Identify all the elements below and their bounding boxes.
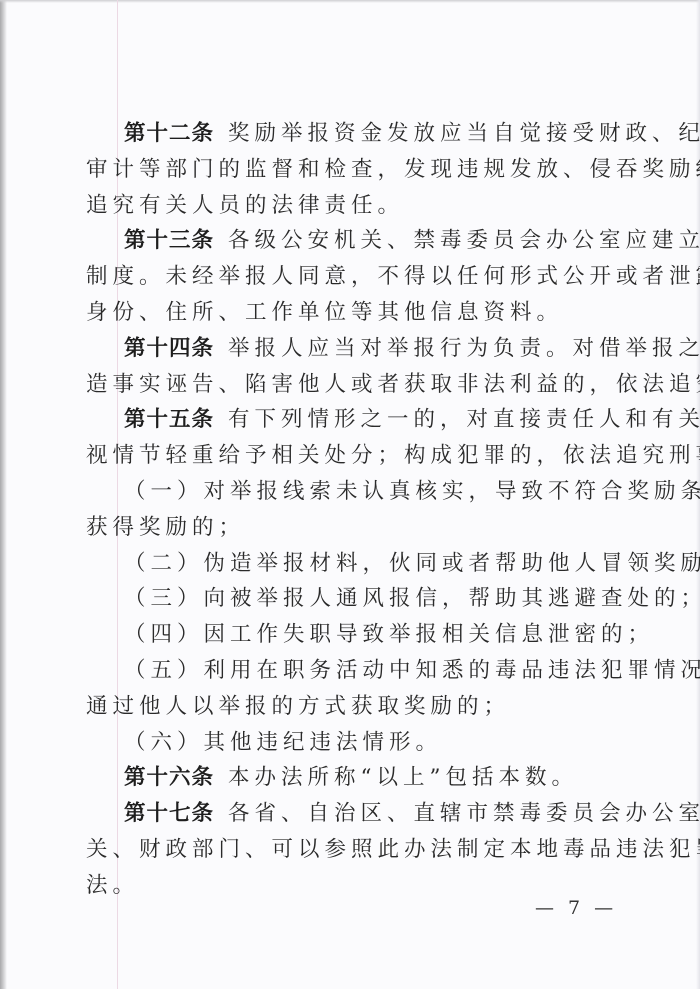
article-line: 制度。未经举报人同意，不得以任何形式公开或者泄露举报人姓名、 — [86, 259, 626, 295]
article-14: 第十四条举报人应当对举报行为负责。对借举报之名故意捏 造事实诬告、陷害他人或者获… — [86, 331, 626, 403]
list-item-line: （四）因工作失职导致举报相关信息泄密的； — [86, 617, 626, 653]
article-12: 第十二条奖励举报资金发放应当自觉接受财政、纪检监察、 审计等部门的监督和检查，发… — [86, 116, 626, 223]
list-item-line: （五）利用在职务活动中知悉的毒品违法犯罪情况或者线索， — [86, 653, 626, 689]
list-item-line: 获得奖励的； — [86, 510, 626, 546]
list-item-line: （二）伪造举报材料，伙同或者帮助他人冒领奖励的； — [86, 546, 626, 582]
list-item-line: 通过他人以举报的方式获取奖励的； — [86, 689, 626, 725]
article-number: 第十七条 — [124, 801, 214, 826]
list-item: （五）利用在职务活动中知悉的毒品违法犯罪情况或者线索， 通过他人以举报的方式获取… — [86, 653, 626, 725]
article-number: 第十四条 — [124, 336, 214, 361]
article-line: 第十七条各省、自治区、直辖市禁毒委员会办公室、公安机 — [86, 796, 626, 832]
article-line: 追究有关人员的法律责任。 — [86, 188, 626, 224]
article-line: 第十二条奖励举报资金发放应当自觉接受财政、纪检监察、 — [86, 116, 626, 152]
article-number: 第十三条 — [124, 228, 214, 253]
article-number: 第十五条 — [124, 407, 214, 432]
article-number: 第十二条 — [124, 121, 214, 146]
article-line: 第十六条本办法所称“以上”包括本数。 — [86, 760, 626, 796]
list-item: （四）因工作失职导致举报相关信息泄密的； — [86, 617, 626, 653]
list-item: （一）对举报线索未认真核实，导致不符合奖励条件的举报人 获得奖励的； — [86, 474, 626, 546]
page-number: — 7 — — [535, 897, 617, 919]
article-line: 身份、住所、工作单位等其他信息资料。 — [86, 295, 626, 331]
article-16: 第十六条本办法所称“以上”包括本数。 — [86, 760, 626, 796]
article-line: 第十四条举报人应当对举报行为负责。对借举报之名故意捏 — [86, 331, 626, 367]
list-item-line: （六）其他违纪违法情形。 — [86, 725, 626, 761]
article-15: 第十五条有下列情形之一的，对直接责任人和有关责任人员 视情节轻重给予相关处分；构… — [86, 402, 626, 760]
article-line: 第十五条有下列情形之一的，对直接责任人和有关责任人员 — [86, 402, 626, 438]
list-item: （三）向被举报人通风报信，帮助其逃避查处的； — [86, 581, 626, 617]
scan-shadow-left — [0, 0, 7, 989]
list-item: （六）其他违纪违法情形。 — [86, 725, 626, 761]
list-item-line: （一）对举报线索未认真核实，导致不符合奖励条件的举报人 — [86, 474, 626, 510]
article-number: 第十六条 — [124, 765, 214, 790]
list-item: （二）伪造举报材料，伙同或者帮助他人冒领奖励的； — [86, 546, 626, 582]
article-line: 第十三条各级公安机关、禁毒委员会办公室应建立举报保密 — [86, 223, 626, 259]
article-line: 关、财政部门、可以参照此办法制定本地毒品违法犯罪举报奖励办 — [86, 832, 626, 868]
article-line: 造事实诬告、陷害他人或者获取非法利益的，依法追究法律责任。 — [86, 367, 626, 403]
article-line: 审计等部门的监督和检查，发现违规发放、侵吞奖励经费的，依法 — [86, 152, 626, 188]
list-item-line: （三）向被举报人通风报信，帮助其逃避查处的； — [86, 581, 626, 617]
article-13: 第十三条各级公安机关、禁毒委员会办公室应建立举报保密 制度。未经举报人同意，不得… — [86, 223, 626, 330]
scan-shadow-top — [0, 0, 700, 3]
article-line: 视情节轻重给予相关处分；构成犯罪的，依法追究刑事责任： — [86, 438, 626, 474]
article-17: 第十七条各省、自治区、直辖市禁毒委员会办公室、公安机 关、财政部门、可以参照此办… — [86, 796, 626, 903]
document-body: 第十二条奖励举报资金发放应当自觉接受财政、纪检监察、 审计等部门的监督和检查，发… — [86, 116, 626, 904]
